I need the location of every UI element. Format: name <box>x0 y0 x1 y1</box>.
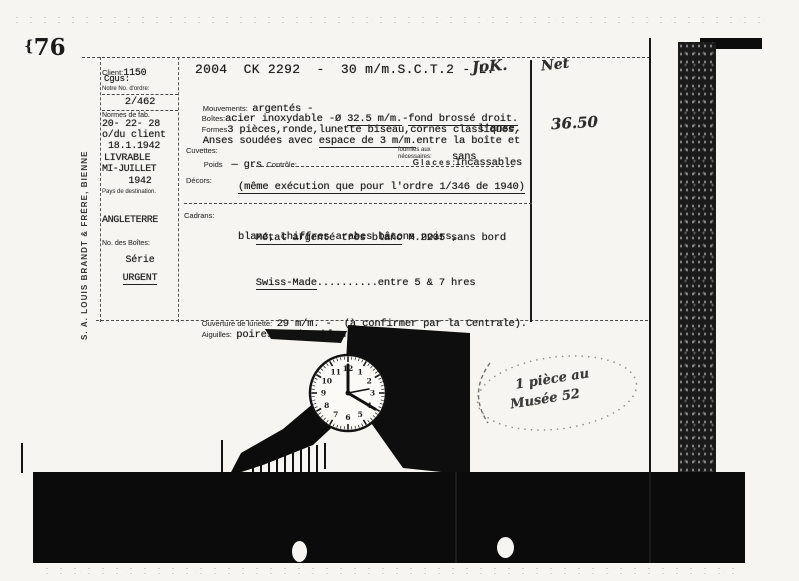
dials-row2: blanc, chiffres arabes bâtons noirs, <box>238 231 458 243</box>
serie-label: Série <box>102 255 178 266</box>
cgus-label: Cgus: <box>104 74 130 84</box>
order-number: 2/462 <box>102 96 178 108</box>
client-order-date: 18.1.1942 <box>108 141 160 152</box>
swiss-made: Swiss-Made <box>256 277 317 290</box>
scanned-order-card: {76 S. A. LOUIS BRANDT & FRÈRE, BIENNE C… <box>0 0 799 581</box>
client-order: o/du client <box>102 130 166 141</box>
punch-hole <box>497 537 514 558</box>
card-divider <box>178 57 179 322</box>
svg-text:6: 6 <box>345 413 350 422</box>
svg-text:1: 1 <box>358 367 363 376</box>
urgent-label: URGENT <box>102 273 178 284</box>
decors-value: (même exécution que pour l'ordre 1/346 d… <box>238 181 525 193</box>
card-border-right <box>530 60 532 322</box>
control-label: Contrôle: <box>266 160 296 169</box>
cuvettes-smallprint-1: fournies aux <box>398 147 431 153</box>
cuvettes-label: Cuvettes: <box>186 146 218 155</box>
deliverable-line3: 1942 <box>102 176 178 187</box>
svg-text:7: 7 <box>333 410 338 419</box>
normes-label: Normes de fab. <box>102 112 150 119</box>
annotation-arc <box>478 363 490 423</box>
dials-label: Cadrans: <box>184 211 214 220</box>
divider-line <box>246 166 514 167</box>
vertical-rule-left <box>21 443 23 473</box>
svg-text:5: 5 <box>358 410 363 419</box>
order-header-line: 2004 CK 2292 - 30 m/m.S.C.T.2 - L. <box>195 62 495 77</box>
film-seam <box>455 472 457 563</box>
scan-noise-top <box>10 15 770 25</box>
divider-line <box>102 94 178 95</box>
case-numbers-label: No. des Boîtes: <box>102 240 150 247</box>
cuvettes-smallprint-2: nécessaires: <box>398 154 432 160</box>
svg-text:8: 8 <box>324 401 329 410</box>
svg-text:9: 9 <box>321 389 326 398</box>
normes-value: 20- 22- 28 <box>102 119 160 130</box>
net-handwritten: Net <box>540 56 570 75</box>
hands-pivot <box>346 391 351 396</box>
destination-label: Pays de destination. <box>102 189 156 195</box>
svg-text:2: 2 <box>367 376 372 385</box>
deliverable-line2: MI-JUILLET <box>102 164 156 175</box>
vertical-rule-mid <box>221 440 223 473</box>
svg-text:10: 10 <box>322 376 332 385</box>
ink-blot <box>265 329 347 343</box>
deliverable-line1: LIVRABLE <box>104 153 150 164</box>
film-seam <box>649 472 651 563</box>
divider-line <box>184 203 532 204</box>
header-handwritten-initials: JoK. <box>471 56 508 76</box>
company-name-vertical: S. A. LOUIS BRANDT & FRÈRE, BIENNE <box>80 88 89 340</box>
destination-country: ANGLETERRE <box>102 215 158 226</box>
order-info-column: Client:1150 Cgus: Notre No. d'ordre: 2/4… <box>102 62 178 324</box>
punch-hole <box>292 541 307 562</box>
scan-noise-bottom <box>40 566 740 575</box>
svg-text:3: 3 <box>370 389 375 398</box>
page-number: {76 <box>24 34 66 61</box>
decors-label: Décors: <box>186 176 212 185</box>
weight-value: — grs <box>231 159 262 171</box>
cuvettes-value: sans <box>452 151 476 163</box>
watch-photo: 121234567891011 <box>225 325 475 475</box>
page-number-brace: { <box>24 37 34 55</box>
film-band <box>33 472 745 563</box>
weight-label: Poids <box>204 160 223 169</box>
divider-line <box>102 110 178 111</box>
card-border-left <box>100 57 101 322</box>
svg-text:11: 11 <box>331 367 341 376</box>
price-handwritten: 36.50 <box>551 113 599 133</box>
order-number-label: Notre No. d'ordre: <box>102 86 150 92</box>
